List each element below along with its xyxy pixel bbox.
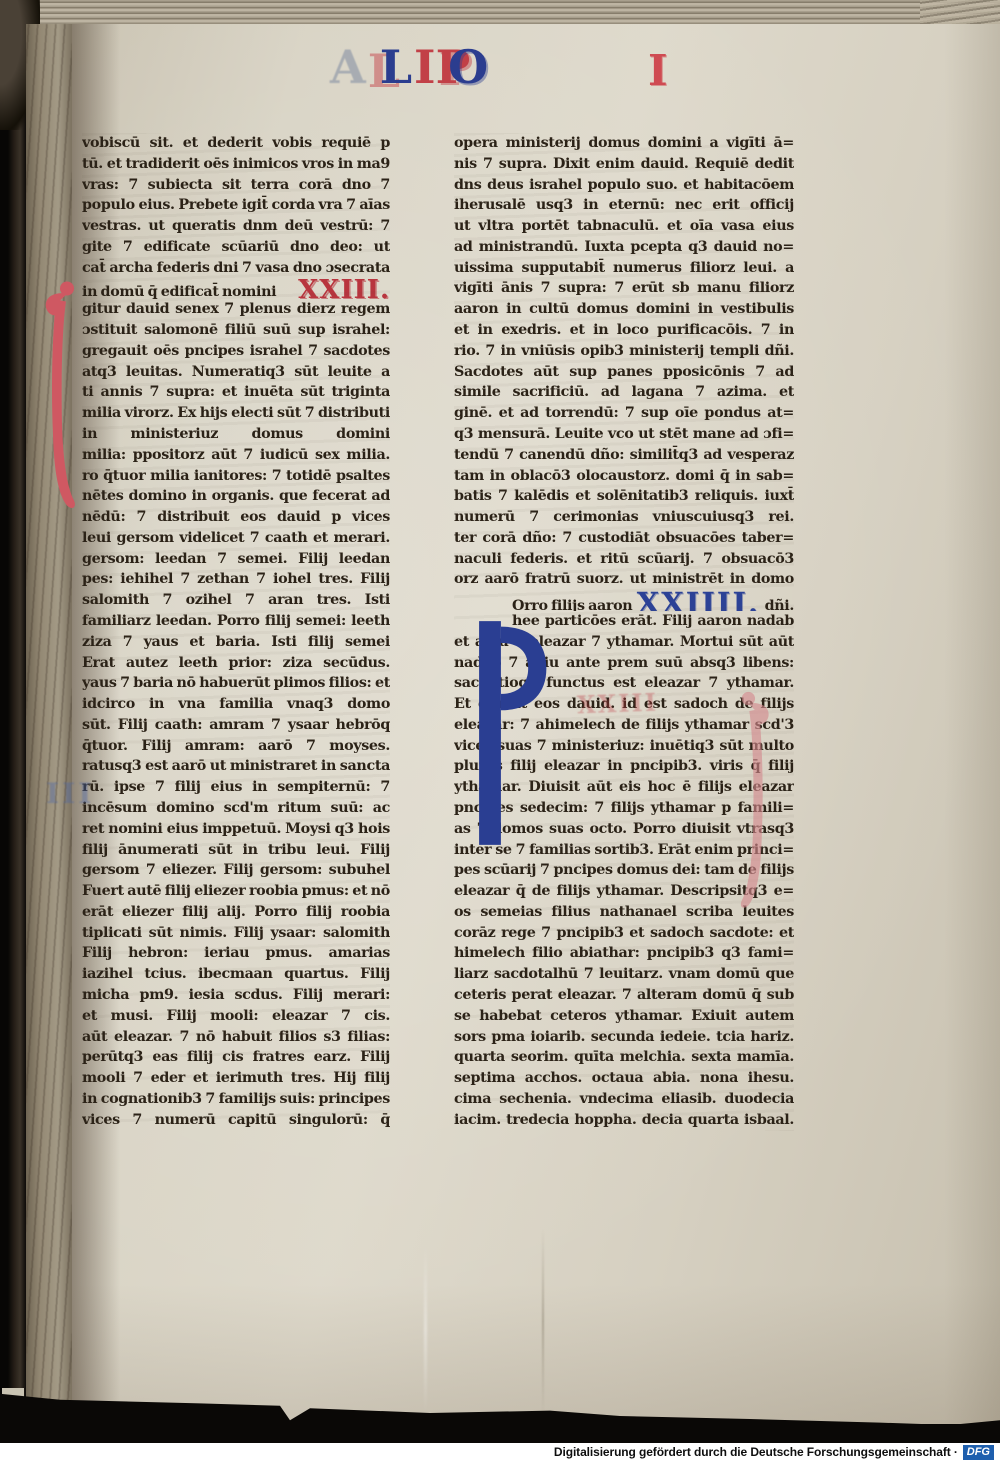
text-line: vigīti ānis 7 supra: 7 erūt sb manu fili…: [454, 278, 794, 299]
text-line: ginē. et ad torrendū: 7 sup oīe pondus a…: [454, 403, 794, 424]
text-line: leui gersom videlicet 7 caath et merari.…: [82, 528, 390, 549]
text-line: micha pm9. iesia scdus. Filij merari: mo…: [82, 985, 390, 1006]
text-line: himelech filio abiathar: pncipib3 q3 fam…: [454, 943, 794, 964]
text-line: rū. ipse 7 filij eius in sempiternū: 7 a…: [82, 777, 390, 798]
text-line: uissima supputabit̄ numerus filiorz leui…: [454, 258, 794, 279]
text-line: et in exedris. et in loco purificacōis. …: [454, 320, 794, 341]
text-line: rio. 7 in vniūsis opib3 ministerij templ…: [454, 341, 794, 362]
book-spine: [0, 0, 26, 1461]
text-line: familiarz leedan. Porro filij semei: lee…: [82, 611, 390, 632]
dfg-logo: DFG: [963, 1445, 994, 1460]
text-line: Sacdotes aūt sup panes pposicōnis 7 ad: [454, 362, 794, 383]
chapter-24-initial-P-icon: [470, 609, 550, 857]
running-title-letter: L: [380, 44, 412, 90]
chapter-24-number: XXIIII.: [637, 593, 760, 611]
text-line: ratusq3 est aarō ut ministraret in sanct…: [82, 756, 390, 777]
running-title-letter: O: [448, 44, 488, 90]
parchment-fold: [424, 1244, 427, 1414]
text-line: mooli 7 eder et ierimuth tres. Hij filij…: [82, 1068, 390, 1089]
text-line: tū. et tradiderit oēs inimicos vros in m…: [82, 154, 390, 175]
text-line: orz aarō fratrū suorz. ut ministrēt in d…: [454, 569, 794, 590]
text-line: sūt. Filij caath: amram 7 ysaar hebrōq o…: [82, 715, 390, 736]
text-line: Orro filijs aaron XXIIII. dñi.: [454, 590, 794, 611]
text-line: pes: iehihel 7 zethan 7 iohel tres. Fili…: [82, 569, 390, 590]
text-line: q3 mensurā. Leuite vco ut stēt mane ad ɔ…: [454, 424, 794, 445]
text-line: tiplicati sūt nimis. Filij ysaar: salomi…: [82, 923, 390, 944]
text-line: ziza 7 yaus et baria. Isti filij semei q…: [82, 632, 390, 653]
text-line: cima sechenia. vndecima eliasib. duodeci…: [454, 1089, 794, 1110]
text-line: milia virorz. Ex hijs electi sūt 7 distr…: [82, 403, 390, 424]
text-line: ro q̄tuor milia ianitores: 7 totidē psal…: [82, 466, 390, 487]
text-line: batis 7 kalēdis et solēnitatib3 reliquis…: [454, 486, 794, 507]
text-line: liarz sacdotalhū 7 leuitarz. vnam domū q…: [454, 964, 794, 985]
text-line: gregauit oēs pncipes israhel 7 sacdotes: [82, 341, 390, 362]
text-line: gite 7 edificate scūariū dno deo: ut int…: [82, 237, 390, 258]
text-line: gitur dauid senex 7 plenus dierz regem: [82, 299, 390, 320]
text-line: opera ministerij domus domini a vigīti ā…: [454, 133, 794, 154]
text-line: nis 7 supra. Dixit enim dauid. Requiē de…: [454, 154, 794, 175]
text-line: ad ministrandū. Iuxta pcepta q3 dauid no…: [454, 237, 794, 258]
text-line: ret nomini eius imppetuū. Moysi q3 hois …: [82, 819, 390, 840]
ghost-chapter-number-offset: XXIII: [577, 691, 659, 718]
text-line: numerū 7 cerimonias vniuscuiusq3 rei. iu…: [454, 507, 794, 528]
text-line: quarta seorim. quīta melchia. sexta mamī…: [454, 1047, 794, 1068]
text-line: in cognationib3 7 familijs suis: princip…: [82, 1089, 390, 1110]
text-line: corāz rege 7 pncipib3 et sadoch sacdote:…: [454, 923, 794, 944]
text-line: idcirco in vna familia vnaq3 domo ɔputat…: [82, 694, 390, 715]
text-line: gersom: leedan 7 semei. Filij leedan pri…: [82, 549, 390, 570]
text-line: dñi.: [765, 596, 794, 611]
book-number-numeral: I: [648, 50, 668, 92]
text-line: in ministeriuz domus domini vigintiq̄tuo…: [82, 424, 390, 445]
text-line: ti annis 7 supra: et inuēta sūt triginta…: [82, 382, 390, 403]
text-line: q̄tuor. Filij amram: aarō 7 moyses. Sepa…: [82, 736, 390, 757]
running-title-letter: I: [414, 44, 436, 90]
text-line: gersom 7 eliezer. Filij gersom: subuhel …: [82, 860, 390, 881]
digitization-credit-text: Digitalisierung gefördert durch die Deut…: [554, 1445, 958, 1459]
text-line: nētes domino in organis. que fecerat ad …: [82, 486, 390, 507]
manuscript-scan-photo: ALIPO I vobiscū sit. et dederit vobis re…: [0, 0, 1000, 1461]
text-line: simile sacrificiū. ad lagana 7 azima. et…: [454, 382, 794, 403]
text-line: atq3 leuitas. Numeratiq3 sūt leuite a vi…: [82, 362, 390, 383]
text-line: populo eius. Prebete igit̄ corda vra 7 a…: [82, 195, 390, 216]
text-line: salomith 7 ozihel 7 aran tres. Isti prin…: [82, 590, 390, 611]
text-line: milia: ppositorz aūt 7 iudicū sex milia.…: [82, 445, 390, 466]
chapter-23-number: XXIII.: [298, 280, 390, 299]
text-line: incēsum domino scd'm ritum suū: ac bndic…: [82, 798, 390, 819]
text-line: ter corā dño: 7 custodiāt obsuacōes tabe…: [454, 528, 794, 549]
text-line: ɔstituit salomonē filiū suū sup israhel:…: [82, 320, 390, 341]
text-line: erāt eliezer filij alij. Porro filij roo…: [82, 902, 390, 923]
text-line: naculi federis. et ritū scūarij. 7 obsua…: [454, 549, 794, 570]
parchment-fold: [542, 1229, 544, 1414]
text-line: tam in oblacō3 olocaustorz. domi q̄ in s…: [454, 466, 794, 487]
text-line: in domū q̄ edificat̄ nomini dni.: [82, 282, 298, 299]
text-line: nēdū: 7 distribuit eos dauid p vices fil…: [82, 507, 390, 528]
text-line: vices 7 numerū capitū singulorū: q̄ faci…: [82, 1110, 390, 1131]
text-line: et musi. Filij mooli: eleazar 7 cis. Mor…: [82, 1006, 390, 1027]
text-line: vras: 7 subiecta sit terra corā dno 7 co…: [82, 175, 390, 196]
text-line: tendū 7 canendū dño: similit̄q3 ad vespe…: [454, 445, 794, 466]
digitization-credit-bar: Digitalisierung gefördert durch die Deut…: [0, 1443, 1000, 1461]
text-line: septima acchos. octaua abia. nona ihesu.…: [454, 1068, 794, 1089]
running-title-letter: A: [330, 44, 366, 90]
text-line: vestras. ut queratis dnm deū vestrū: 7 ɔ…: [82, 216, 390, 237]
text-line: ceteris perat eleazar. 7 alteram domū q̄…: [454, 985, 794, 1006]
ghost-initial-offset-icon: [737, 690, 775, 914]
text-line: Erat autez leeth prior: ziza secūdus. Po…: [82, 653, 390, 674]
text-line: perūtq3 eas filij cis fratres earz. Fili…: [82, 1047, 390, 1068]
text-line: Fuert autē filij eliezer roobia pmus: et…: [82, 881, 390, 902]
text-line: dns deus israhel populo suo. et habitacō…: [454, 175, 794, 196]
text-line: ut vltra portēt tabnaculū. et oīa vasa e…: [454, 216, 794, 237]
text-line: iazihel tcius. ibecmaan quartus. Filij o…: [82, 964, 390, 985]
ghost-numeral-offset: III: [46, 780, 94, 808]
text-line: Filij hebron: ieriau pmus. amarias secūd…: [82, 943, 390, 964]
text-line: vobiscū sit. et dederit vobis requiē p c…: [82, 133, 390, 154]
previous-page-edge: [26, 24, 72, 1412]
text-line: filij ānumerati sūt in tribu leui. Filij…: [82, 840, 390, 861]
manuscript-page: ALIPO I vobiscū sit. et dederit vobis re…: [72, 24, 1000, 1424]
chapter-23-initial-I-icon: [40, 278, 78, 516]
running-title: ALIPO: [330, 44, 488, 98]
text-line: iherusalē usq3 in eternū: nec erit offic…: [454, 195, 794, 216]
text-line: iacim. tredecia hoppha. decia quarta isb…: [454, 1110, 794, 1131]
text-line: aūt eleazar. 7 nō habuit filios s3 filia…: [82, 1027, 390, 1048]
text-column-left: vobiscū sit. et dederit vobis requiē p c…: [82, 133, 390, 1131]
text-line: sors pma ioiarib. secunda iedeie. tcia h…: [454, 1027, 794, 1048]
text-line: se habebat ceteros ythamar. Exiuit autem: [454, 1006, 794, 1027]
text-line: cat̄ archa federis dni 7 vasa dno ɔsecra…: [82, 258, 390, 279]
text-line: in domū q̄ edificat̄ nomini dni. XXIII.: [82, 278, 390, 299]
text-line: yaus 7 baria nō habuerūt plimos filios: …: [82, 673, 390, 694]
text-line: aaron in cultū domus domini in vestibuli…: [454, 299, 794, 320]
